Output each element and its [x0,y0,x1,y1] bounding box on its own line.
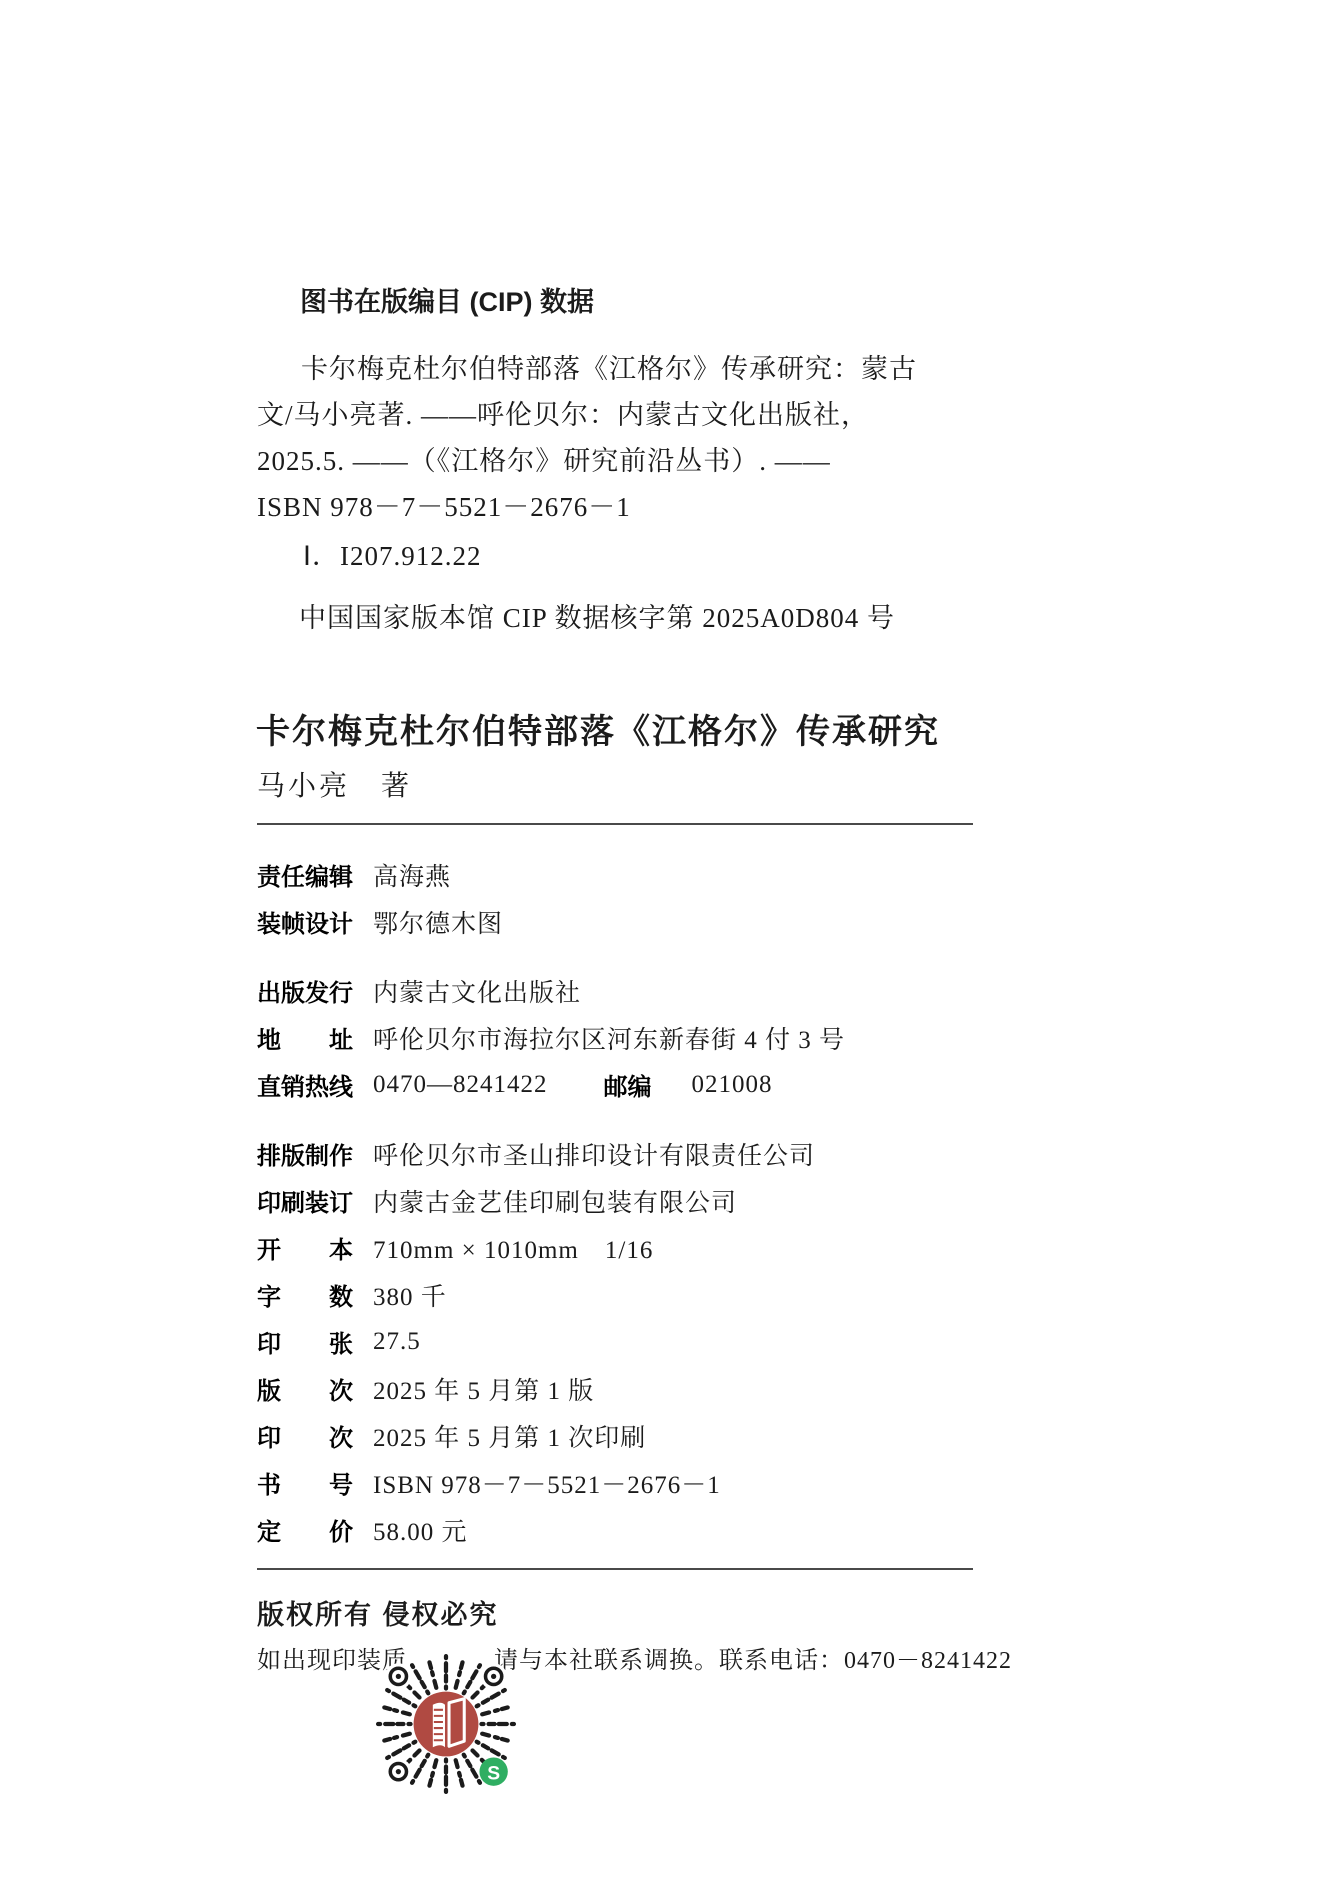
row-label: 定价 [257,1512,353,1547]
cip-class-number: Ⅰ．I207.912.22 [303,534,481,573]
cip-line: 文/马小亮著. ——呼伦贝尔：内蒙古文化出版社， [257,392,997,438]
row-value: 高海燕 [373,857,451,893]
table-row: 直销热线 0470—8241422 邮编 021008 [257,1061,997,1108]
damage-note-right: 请与本社联系调换。联系电话：0470－8241422 [494,1640,1012,1675]
table-row: 印刷装订 内蒙古金艺佳印刷包装有限公司 [257,1177,997,1224]
colophon-table: 责任编辑 高海燕 装帧设计 鄂尔德木图 出版发行 内蒙古文化出版社 地址 呼伦贝… [257,845,997,1553]
miniprogram-badge-icon: S [479,1757,507,1785]
row-label: 出版发行 [257,973,353,1008]
row-value: 内蒙古金艺佳印刷包装有限公司 [373,1183,737,1219]
cip-header: 图书在版编目 (CIP) 数据 [300,286,594,318]
cip-line: 2025.5. ——（《江格尔》研究前沿丛书）. —— [257,438,997,484]
row-value: ISBN 978－7－5521－2676－1 [373,1465,721,1501]
row-label: 直销热线 [257,1067,353,1102]
cip-line: 卡尔梅克杜尔伯特部落《江格尔》传承研究：蒙古 [257,346,997,392]
cip-isbn-line: ISBN 978－7－5521－2676－1 [257,484,997,530]
row-label: 地址 [257,1020,353,1055]
cip-record-number: 中国国家版本馆 CIP 数据核字第 2025A0D804 号 [299,596,895,635]
table-row: 装帧设计 鄂尔德木图 [257,898,997,945]
table-row: 字数 380 千 [257,1271,997,1318]
divider-rule [257,823,973,825]
copyright-notice: 版权所有 侵权必究 [257,1593,499,1632]
row-value: 58.00 元 [373,1512,468,1548]
row-label: 印张 [257,1324,353,1359]
qr-sun-code-graphic: S [368,1648,524,1800]
row-label: 印次 [257,1418,353,1453]
row-label: 书号 [257,1465,353,1500]
row-value: 380 千 [373,1277,447,1313]
row-value: 0470—8241422 [373,1071,548,1099]
publisher-logo-icon [414,1692,479,1757]
row-value: 2025 年 5 月第 1 次印刷 [373,1418,646,1454]
table-row: 排版制作 呼伦贝尔市圣山排印设计有限责任公司 [257,1130,997,1177]
row-label: 排版制作 [257,1136,353,1171]
table-row: 地址 呼伦贝尔市海拉尔区河东新春街 4 付 3 号 [257,1014,997,1061]
postcode-value: 021008 [692,1071,773,1099]
row-label: 责任编辑 [257,857,353,892]
table-row: 责任编辑 高海燕 [257,851,997,898]
row-label: 印刷装订 [257,1183,353,1218]
row-value: 呼伦贝尔市圣山排印设计有限责任公司 [373,1136,815,1172]
row-value: 27.5 [373,1328,421,1356]
book-author: 马小亮 著 [257,764,412,804]
row-value: 内蒙古文化出版社 [373,973,581,1009]
table-row: 版次 2025 年 5 月第 1 版 [257,1365,997,1412]
table-row: 定价 58.00 元 [257,1506,997,1553]
row-value: 2025 年 5 月第 1 版 [373,1371,594,1407]
row-label: 版次 [257,1371,353,1406]
colophon-group-publisher: 出版发行 内蒙古文化出版社 地址 呼伦贝尔市海拉尔区河东新春街 4 付 3 号 … [257,961,997,1108]
table-row: 印张 27.5 [257,1318,997,1365]
postcode-label: 邮编 [604,1067,652,1102]
copyright-page: 图书在版编目 (CIP) 数据 卡尔梅克杜尔伯特部落《江格尔》传承研究：蒙古 文… [0,0,1338,1890]
row-label: 装帧设计 [257,904,353,939]
colophon-group-editorial: 责任编辑 高海燕 装帧设计 鄂尔德木图 [257,845,997,945]
row-label: 开本 [257,1230,353,1265]
table-row: 出版发行 内蒙古文化出版社 [257,967,997,1014]
row-value: 710mm × 1010mm 1/16 [373,1230,653,1266]
row-label: 字数 [257,1277,353,1312]
table-row: 书号 ISBN 978－7－5521－2676－1 [257,1459,997,1506]
wechat-minicode-qr: S [368,1648,524,1800]
book-title: 卡尔梅克杜尔伯特部落《江格尔》传承研究 [256,712,940,752]
row-value: 鄂尔德木图 [373,904,503,940]
table-row: 印次 2025 年 5 月第 1 次印刷 [257,1412,997,1459]
row-value: 呼伦贝尔市海拉尔区河东新春街 4 付 3 号 [373,1020,845,1056]
badge-letter: S [487,1764,500,1785]
table-row: 开本 710mm × 1010mm 1/16 [257,1224,997,1271]
divider-rule [257,1568,973,1570]
cip-paragraph: 卡尔梅克杜尔伯特部落《江格尔》传承研究：蒙古 文/马小亮著. ——呼伦贝尔：内蒙… [257,346,997,530]
colophon-group-printing: 排版制作 呼伦贝尔市圣山排印设计有限责任公司 印刷装订 内蒙古金艺佳印刷包装有限… [257,1124,997,1553]
